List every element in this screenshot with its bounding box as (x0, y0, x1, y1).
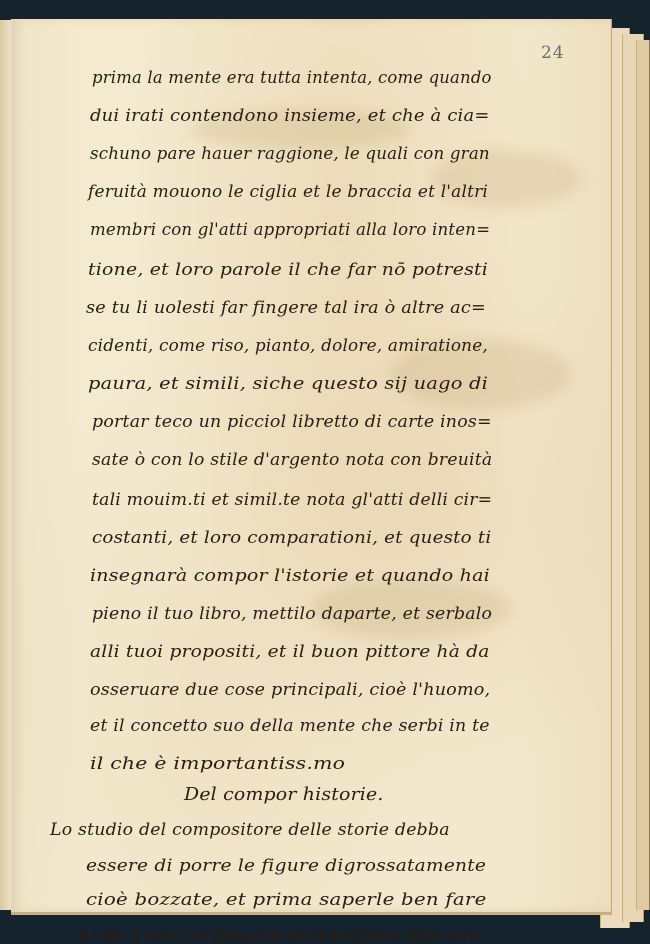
text-line: pieno il tuo libro, mettilo daparte, et … (92, 604, 492, 624)
text-line: prima la mente era tutta intenta, come q… (92, 68, 492, 88)
text-line: osseruare due cose principali, cioè l'hu… (90, 680, 490, 700)
text-line: il che è importantiss.mo (90, 754, 345, 774)
text-line: cidenti, come riso, pianto, dolore, amir… (88, 336, 488, 356)
text-line: paura, et simili, siche questo sij uago … (88, 374, 488, 394)
text-line: se tu li uolesti far fingere tal ira ò a… (86, 298, 486, 318)
folio-number: 24 (541, 43, 565, 63)
text-line: alli tuoi propositi, et il buon pittore … (90, 642, 490, 662)
text-line: insegnarà compor l'istorie et quando hai (90, 566, 490, 586)
text-line: tione, et loro parole il che far nō potr… (88, 260, 488, 280)
text-line: sate ò con lo stile d'argento nota con b… (92, 450, 492, 470)
text-line: feruità mouono le ciglia et le braccia e… (88, 182, 488, 202)
text-line: et il concetto suo della mente che serbi… (90, 716, 490, 736)
page-edge (636, 40, 650, 910)
text-line: costanti, et loro comparationi, et quest… (92, 528, 491, 548)
text-line: essere di porre le figure digrossatament… (86, 856, 486, 876)
text-line: dui irati contendono insieme, et che à c… (90, 106, 490, 126)
text-line: Lo studio del compositore delle storie d… (50, 820, 450, 840)
text-line: tali mouim.ti et simil.te nota gl'atti d… (92, 490, 492, 510)
text-line: membri con gl'atti appropriati alla loro… (90, 220, 490, 240)
text-line: cioè bozzate, et prima saperle ben fare (86, 890, 487, 910)
text-line: portar teco un picciol libretto di carte… (92, 412, 492, 432)
text-line: schuno pare hauer raggione, le quali con… (90, 144, 490, 164)
text-line: p tutti li uersi, et piegam.ti et disten… (78, 926, 478, 944)
section-heading: Del compor historie. (184, 784, 384, 805)
